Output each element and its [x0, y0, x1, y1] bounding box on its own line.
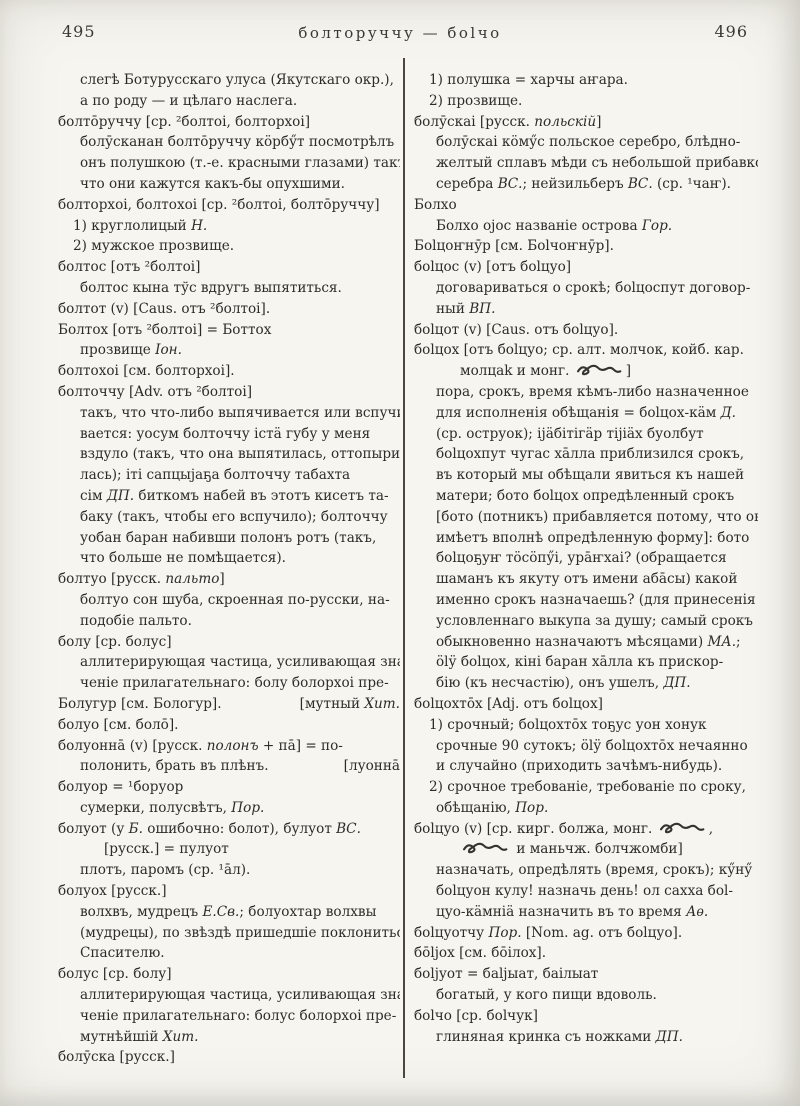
text: назначать, опредѣлять (время, срокъ); кӳ…	[436, 862, 752, 878]
italic-text: ДП.	[663, 675, 690, 691]
text: Болтох [отъ ²болтоi] = Боттох	[58, 322, 271, 338]
text: 1) срочный; боlцохтōх тоҕус уон хонук	[429, 717, 707, 733]
dictionary-line: боlцуотчу Пор. [Nom. ag. отъ боlцуо].	[414, 923, 758, 944]
dictionary-line: сім ДП. биткомъ набей въ этотъ кисетъ та…	[58, 486, 400, 507]
dictionary-line: назначать, опредѣлять (время, срокъ); кӳ…	[414, 860, 758, 881]
dictionary-line: ölӱ боlцох, кіні баран хāлла къ прискор-	[414, 652, 758, 673]
text: 2) мужское прозвище.	[73, 238, 234, 254]
dictionary-line: 1) срочный; боlцохтōх тоҕус уон хонук	[414, 715, 758, 736]
text: сім	[80, 488, 107, 504]
text: баку (такъ, чтобы его вспучило); болточч…	[80, 509, 388, 525]
text: боlцос (v) [отъ боlцуо]	[414, 259, 571, 275]
italic-text: Гор.	[642, 218, 672, 234]
dictionary-line: боlцох [отъ боlцуо; ср. алт. молчок, кой…	[414, 340, 758, 361]
dictionary-line: а по роду — и цѣлаго наслега.	[58, 91, 400, 112]
text: плотъ, паромъ (ср. ¹āл).	[80, 862, 250, 878]
text: и случайно (приходить зачѣмъ-нибудь).	[436, 758, 722, 774]
dictionary-line: серебра ВС.; нейзильберъ ВС. (ср. ¹чаҥ).	[414, 174, 758, 195]
dictionary-line: болӯска [русск.]	[58, 1047, 400, 1068]
text: болуох [русск.]	[58, 883, 167, 899]
text: Болугур [см. Бологур].	[58, 696, 222, 712]
dictionary-line: бію (къ несчастію), онъ ушелъ, ДП.	[414, 673, 758, 694]
dictionary-line: обыкновенно назначаютъ мѣсяцами) МА.;	[414, 632, 758, 653]
text: вздуло (такъ, что она выпятилась, оттопы…	[80, 446, 400, 462]
text: ]	[626, 363, 631, 379]
text: болтохоi [см. болторхоi].	[58, 363, 235, 379]
line-right-part: [мутный Хит.	[300, 694, 400, 715]
page-header: 495 болторуччу — боlчо 496	[0, 22, 800, 46]
italic-text: ВС.	[628, 176, 653, 192]
text: желтый сплавъ мѣди съ небольшой прибавко…	[436, 155, 758, 171]
dictionary-line: срочные 90 сутокъ; ölӱ боlцохтōх нечаянн…	[414, 736, 758, 757]
dictionary-line: [бото (потникъ) прибавляется потому, что…	[414, 507, 758, 528]
text: (ср. ¹чаҥ).	[653, 176, 731, 192]
text: [Nom. ag. отъ боlцуо].	[522, 925, 683, 941]
italic-text: Аѳ.	[686, 904, 708, 920]
text: ный	[436, 301, 469, 317]
text: матери; бото боlцох опредѣленный срокъ	[436, 488, 734, 504]
text: договариваться о срокѣ; боlцоспут догово…	[436, 280, 750, 296]
text: вается: уосум болточчу істӓ губу у меня	[80, 426, 370, 442]
text: срочные 90 сутокъ; ölӱ боlцохтōх нечаянн…	[436, 738, 748, 754]
italic-text: Іон.	[155, 342, 182, 358]
text: боlцот (v) [Caus. отъ боlцуо].	[414, 322, 618, 338]
text: ; нейзильберъ	[522, 176, 627, 192]
text: болӯсканан болтōруччу кöрбӳт посмотрѣлъ	[80, 134, 394, 150]
dictionary-line: болӯскаi [русск. польскій]	[414, 112, 758, 133]
dictionary-line: условленнаго выкупа за душу; самый срокъ	[414, 611, 758, 632]
dictionary-line: глиняная кринка съ ножками ДП.	[414, 1027, 758, 1048]
italic-text: Пор.	[231, 800, 264, 816]
page-number-right: 496	[714, 22, 748, 41]
dictionary-line: аллитерирующая частица, усиливающая зна-	[58, 652, 400, 673]
dictionary-line: болуор = ¹боруор	[58, 777, 400, 798]
line-left-part: Болугур [см. Бологур].	[58, 694, 222, 715]
dictionary-line: Болугур [см. Бологур].[мутный Хит.	[58, 694, 400, 715]
running-title: болторуччу — боlчо	[0, 24, 800, 42]
text: сумерки, полусвѣтъ,	[80, 800, 231, 816]
text: для исполненія обѣщанія = боlцох-кӓм	[436, 405, 721, 421]
dictionary-line: шаманъ къ якуту отъ имени абāсы) какой	[414, 569, 758, 590]
mongolian-script-glyph	[658, 822, 708, 835]
text: лась); іті сапцыjаҕа болточчу табахта	[80, 467, 350, 483]
text: 1) полушка = харчы аҥара.	[429, 72, 628, 88]
dictionary-line: имѣетъ вполнѣ опредѣленную форму]: бото	[414, 528, 758, 549]
dictionary-line: боlцуон кулу! назначь день! ол сахха боl…	[414, 881, 758, 902]
text: въ который мы обѣщали явиться къ нашей	[436, 467, 744, 483]
dictionary-line: онъ полушкою (т.-е. красными глазами) та…	[58, 153, 400, 174]
right-column: 1) полушка = харчы аҥара.2) прозвище.бол…	[414, 70, 758, 1047]
text: Болхо оjос названіе острова	[436, 218, 642, 234]
text: прозвище	[80, 342, 155, 358]
dictionary-line: [русск.] = пулуот	[58, 839, 400, 860]
dictionary-line: именно срокъ назначаешь? (для принесенія	[414, 590, 758, 611]
text: боlцуотчу	[414, 925, 488, 941]
dictionary-line: болуот (у Б. ошибочно: болот), булуот ВС…	[58, 819, 400, 840]
dictionary-line: боljуот = баljыат, баiлыат	[414, 964, 758, 985]
dictionary-line: договариваться о срокѣ; боlцоспут догово…	[414, 278, 758, 299]
text: болтōруччу [ср. ²болтоi, болторхоi]	[58, 114, 310, 130]
italic-text: Е.Св.	[202, 904, 239, 920]
text: обыкновенно назначаютъ мѣсяцами)	[436, 634, 707, 650]
text: шаманъ къ якуту отъ имени абāсы) какой	[436, 571, 737, 587]
dictionary-line: Боlцоҥнӯр [см. Боlчоҥнӯр].	[414, 236, 758, 257]
dictionary-line: болтохоi [см. болторхоi].	[58, 361, 400, 382]
text: аллитерирующая частица, усиливающая зна-	[80, 654, 400, 670]
text: болу [ср. болус]	[58, 634, 172, 650]
dictionary-line: что больше не помѣщается).	[58, 548, 400, 569]
text: 1) круглолицый	[73, 218, 191, 234]
text: пора, срокъ, время кѣмъ-либо назначенное	[436, 384, 749, 400]
dictionary-line: болуо [см. болō].	[58, 715, 400, 736]
text: болуор = ¹боруор	[58, 779, 183, 795]
text: условленнаго выкупа за душу; самый срокъ	[436, 613, 753, 629]
italic-text: Д.	[721, 405, 736, 421]
text: болтуо [русск.	[58, 571, 165, 587]
text: ]	[219, 571, 224, 587]
dictionary-line: болӯскаi кöмӳс польское серебро, блѣдно-	[414, 132, 758, 153]
dictionary-line: боlцуо (v) [ср. кирг. болжа, монг. ,	[414, 819, 758, 840]
text: Спасителю.	[80, 945, 165, 961]
dictionary-line: боlцот (v) [Caus. отъ боlцуо].	[414, 320, 758, 341]
dictionary-line: 1) полушка = харчы аҥара.	[414, 70, 758, 91]
dictionary-line: мутнѣйшій Хит.	[58, 1027, 400, 1048]
dictionary-line: вздуло (такъ, что она выпятилась, оттопы…	[58, 444, 400, 465]
text: болтуо сон шуба, скроенная по-русски, на…	[80, 592, 390, 608]
text: слегѣ Ботурусскаго улуса (Якутскаго окр.…	[80, 72, 394, 88]
dictionary-line: уобан баран набивши полонъ ротъ (такъ,	[58, 528, 400, 549]
dictionary-line: баку (такъ, чтобы его вспучило); болточч…	[58, 507, 400, 528]
dictionary-line: и случайно (приходить зачѣмъ-нибудь).	[414, 756, 758, 777]
dictionary-line: 2) срочное требованіе, требованіе по сро…	[414, 777, 758, 798]
text: боlцуон кулу! назначь день! ол сахха боl…	[436, 883, 733, 899]
text: и маньчж. болчжомби]	[512, 841, 683, 857]
text: болӯска [русск.]	[58, 1049, 175, 1065]
text: ]	[596, 114, 601, 130]
dictionary-line: болуох [русск.]	[58, 881, 400, 902]
dictionary-line: болтот (v) [Caus. отъ ²болтоi].	[58, 299, 400, 320]
dictionary-line: волхвъ, мудрецъ Е.Св.; болуохтар волхвы	[58, 902, 400, 923]
text: бію (къ несчастію), онъ ушелъ,	[436, 675, 663, 691]
line-left-part: полонить, брать въ плѣнъ.	[80, 756, 269, 777]
text: болточчу [Adv. отъ ²болтоi]	[58, 384, 252, 400]
italic-text: Хит.	[364, 696, 400, 712]
text: биткомъ набей въ этотъ кисетъ та-	[134, 488, 388, 504]
text: цуо-кӓмніӓ назначить въ то время	[436, 904, 686, 920]
text: болуоннā (v) [русск.	[58, 738, 207, 754]
dictionary-line: плотъ, паромъ (ср. ¹āл).	[58, 860, 400, 881]
text: бōljох [см. бōiлох].	[414, 945, 546, 961]
dictionary-line: болус [ср. болу]	[58, 964, 400, 985]
text: полонить, брать въ плѣнъ.	[80, 758, 269, 774]
dictionary-line: и маньчж. болчжомби]	[414, 839, 758, 860]
text: (ср. оструок); іjӓбітігӓр тіjіӓх буолбут	[436, 426, 704, 442]
text: волхвъ, мудрецъ	[80, 904, 202, 920]
text: такъ, что что-либо выпячивается или вспу…	[80, 405, 400, 421]
text: подобіе пальто.	[80, 613, 192, 629]
italic-text: Пор.	[488, 925, 521, 941]
text: болус [ср. болу]	[58, 966, 172, 982]
text: [русск.] = пулуот	[104, 841, 229, 857]
text: имѣетъ вполнѣ опредѣленную форму]: бото	[436, 530, 749, 546]
dictionary-line: богатый, у кого пищи вдоволь.	[414, 985, 758, 1006]
dictionary-line: бōljох [см. бōiлох].	[414, 943, 758, 964]
text: (мудрецы), по звѣздѣ пришедшіе поклонить…	[80, 925, 400, 941]
dictionary-line: болу [ср. болус]	[58, 632, 400, 653]
dictionary-line: матери; бото боlцох опредѣленный срокъ	[414, 486, 758, 507]
text: обѣщанію,	[436, 800, 515, 816]
text: 2) срочное требованіе, требованіе по сро…	[429, 779, 746, 795]
dictionary-line: слегѣ Ботурусскаго улуса (Якутскаго окр.…	[58, 70, 400, 91]
italic-text: полонъ	[207, 738, 259, 754]
italic-text: ВП.	[469, 301, 495, 317]
dictionary-line: лась); іті сапцыjаҕа болточчу табахта	[58, 465, 400, 486]
italic-text: пальто	[165, 571, 219, 587]
italic-text: ДП.	[107, 488, 134, 504]
dictionary-line: такъ, что что-либо выпячивается или вспу…	[58, 403, 400, 424]
italic-text: польскій	[534, 114, 596, 130]
text: уобан баран набивши полонъ ротъ (такъ,	[80, 530, 376, 546]
text: ченіе прилагательнаго: болу болорхоi пре…	[80, 675, 389, 691]
text: боljуот = баljыат, баiлыат	[414, 966, 598, 982]
text: 2) прозвище.	[429, 93, 522, 109]
text: болтос кына тўс вдругъ выпятиться.	[80, 280, 342, 296]
text: ;	[736, 634, 741, 650]
dictionary-line: подобіе пальто.	[58, 611, 400, 632]
dictionary-line: аллитерирующая частица, усиливающая зна-	[58, 985, 400, 1006]
text: что больше не помѣщается).	[80, 550, 286, 566]
text: ,	[709, 821, 713, 837]
text: богатый, у кого пищи вдоволь.	[436, 987, 657, 1003]
italic-text: ВС.	[336, 821, 361, 837]
dictionary-line: полонить, брать въ плѣнъ.[луоннā	[58, 756, 400, 777]
italic-text: ВС.	[498, 176, 523, 192]
dictionary-line: обѣщанію, Пор.	[414, 798, 758, 819]
left-column: слегѣ Ботурусскаго улуса (Якутскаго окр.…	[58, 70, 400, 1068]
dictionary-line: боlцохпут чугас хāлла приблизился срокъ,	[414, 444, 758, 465]
text: болтос [отъ ²болтоi]	[58, 259, 200, 275]
text: боlчо [ср. боlчук]	[414, 1008, 538, 1024]
text: болӯскаi кöмӳс польское серебро, блѣдно-	[436, 134, 740, 150]
dictionary-line: въ который мы обѣщали явиться къ нашей	[414, 465, 758, 486]
italic-text: Пор.	[515, 800, 548, 816]
text: онъ полушкою (т.-е. красными глазами) та…	[80, 155, 400, 171]
dictionary-line: болӯсканан болтōруччу кöрбӳт посмотрѣлъ	[58, 132, 400, 153]
text: серебра	[436, 176, 498, 192]
dictionary-line: пора, срокъ, время кѣмъ-либо назначенное	[414, 382, 758, 403]
text: боlцох [отъ боlцуо; ср. алт. молчок, кой…	[414, 342, 744, 358]
text: боlцохпут чугас хāлла приблизился срокъ,	[436, 446, 744, 462]
dictionary-line: (мудрецы), по звѣздѣ пришедшіе поклонить…	[58, 923, 400, 944]
text: ошибочно: болот), булуот	[143, 821, 336, 837]
dictionary-line: Болхо	[414, 195, 758, 216]
italic-text: ДП.	[656, 1029, 683, 1045]
dictionary-line: болтуо сон шуба, скроенная по-русски, на…	[58, 590, 400, 611]
mongolian-script-glyph	[461, 842, 511, 855]
text: [мутный	[300, 696, 365, 712]
text: мутнѣйшій	[80, 1029, 163, 1045]
dictionary-line: 1) круглолицый Н.	[58, 216, 400, 237]
text: болуот (у	[58, 821, 129, 837]
text: Боlцоҥнӯр [см. Боlчоҥнӯр].	[414, 238, 614, 254]
text: ченіе прилагательнаго: болус болорхоi пр…	[80, 1008, 396, 1024]
text: именно срокъ назначаешь? (для принесенія	[436, 592, 756, 608]
text: боlцоҕуҥ тöсöпӳi, урāҥхаi? (обращается	[436, 550, 727, 566]
dictionary-line: болторхоi, болтохоi [ср. ²болтоi, болтōр…	[58, 195, 400, 216]
italic-text: Хит.	[163, 1029, 199, 1045]
dictionary-line: что они кажутся какъ-бы опухшими.	[58, 174, 400, 195]
text: молцаk и монг.	[460, 363, 574, 379]
dictionary-line: 2) прозвище.	[414, 91, 758, 112]
mongolian-script-glyph	[575, 364, 625, 377]
dictionary-line: молцаk и монг. ]	[414, 361, 758, 382]
dictionary-line: болуоннā (v) [русск. полонъ + пā] = по-	[58, 736, 400, 757]
text: + пā] = по-	[259, 738, 343, 754]
text: а по роду — и цѣлаго наслега.	[80, 93, 297, 109]
text: аллитерирующая частица, усиливающая зна-	[80, 987, 400, 1003]
dictionary-line: для исполненія обѣщанія = боlцох-кӓм Д.	[414, 403, 758, 424]
dictionary-line: боlцохтōх [Adj. отъ боlцох]	[414, 694, 758, 715]
dictionary-line: 2) мужское прозвище.	[58, 236, 400, 257]
text: [бото (потникъ) прибавляется потому, что…	[436, 509, 758, 525]
dictionary-line: боlцос (v) [отъ боlцуо]	[414, 257, 758, 278]
text: ölӱ боlцох, кіні баран хāлла къ прискор-	[436, 654, 723, 670]
text: Болхо	[414, 197, 457, 213]
dictionary-line: болтōруччу [ср. ²болтоi, болторхоi]	[58, 112, 400, 133]
dictionary-line: болточчу [Adv. отъ ²болтоi]	[58, 382, 400, 403]
dictionary-line: болтос кына тўс вдругъ выпятиться.	[58, 278, 400, 299]
dictionary-line: сумерки, полусвѣтъ, Пор.	[58, 798, 400, 819]
dictionary-line: прозвище Іон.	[58, 340, 400, 361]
italic-text: Б.	[129, 821, 143, 837]
text: что они кажутся какъ-бы опухшими.	[80, 176, 345, 192]
dictionary-line: болтуо [русск. пальто]	[58, 569, 400, 590]
dictionary-line: вается: уосум болточчу істӓ губу у меня	[58, 424, 400, 445]
text: болтот (v) [Caus. отъ ²болтоi].	[58, 301, 270, 317]
dictionary-line: Спасителю.	[58, 943, 400, 964]
text: болуо [см. болō].	[58, 717, 178, 733]
text: глиняная кринка съ ножками	[436, 1029, 656, 1045]
dictionary-line: болтос [отъ ²болтоi]	[58, 257, 400, 278]
column-divider	[403, 58, 405, 1078]
italic-text: Н.	[191, 218, 207, 234]
dictionary-line: желтый сплавъ мѣди съ небольшой прибавко…	[414, 153, 758, 174]
dictionary-line: боlчо [ср. боlчук]	[414, 1006, 758, 1027]
dictionary-line: Болхо оjос названіе острова Гор.	[414, 216, 758, 237]
text: ; болуохтар волхвы	[239, 904, 376, 920]
text: болӯскаi [русск.	[414, 114, 534, 130]
dictionary-page: 495 болторуччу — боlчо 496 слегѣ Ботурус…	[0, 0, 800, 1106]
line-right-part: [луоннā	[344, 756, 400, 777]
text: болторхоi, болтохоi [ср. ²болтоi, болтōр…	[58, 197, 380, 213]
text: боlцуо (v) [ср. кирг. болжа, монг.	[414, 821, 657, 837]
dictionary-line: (ср. оструок); іjӓбітігӓр тіjіӓх буолбут	[414, 424, 758, 445]
text: [луоннā	[344, 758, 400, 774]
dictionary-line: ченіе прилагательнаго: болус болорхоi пр…	[58, 1006, 400, 1027]
italic-text: МА.	[707, 634, 736, 650]
dictionary-line: ченіе прилагательнаго: болу болорхоi пре…	[58, 673, 400, 694]
dictionary-line: ный ВП.	[414, 299, 758, 320]
text: боlцохтōх [Adj. отъ боlцох]	[414, 696, 603, 712]
dictionary-line: цуо-кӓмніӓ назначить въ то время Аѳ.	[414, 902, 758, 923]
dictionary-line: боlцоҕуҥ тöсöпӳi, урāҥхаi? (обращается	[414, 548, 758, 569]
dictionary-line: Болтох [отъ ²болтоi] = Боттох	[58, 320, 400, 341]
